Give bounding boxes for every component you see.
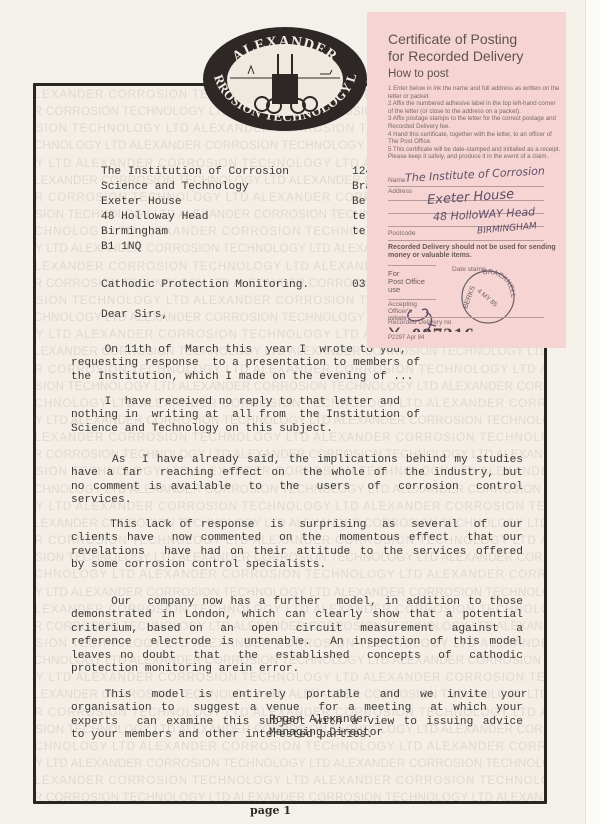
paragraph-line: I have received no reply to that letter …: [71, 396, 371, 409]
paragraph-line: requesting response to a presentation to…: [71, 357, 371, 370]
company-logo: ALEXANDER CORROSION TECHNOLOGY LTD: [200, 24, 370, 134]
certificate-of-posting: Certificate of Posting for Recorded Deli…: [367, 12, 566, 332]
paragraph-line: protection monitoring arein error.: [71, 663, 523, 676]
paragraph-line: nothing in writing at all from the Insti…: [71, 409, 371, 422]
postcode-label: Postcode: [388, 230, 416, 237]
paragraph-line: On 11th of March this year I wrote to yo…: [71, 344, 371, 357]
signature-block: Roger Alexander Managing Director: [269, 714, 383, 741]
page-edge: [585, 0, 600, 824]
recipient-address-line: B1 1NQ: [101, 241, 289, 256]
recipient-address-line: Science and Technology: [101, 181, 289, 196]
divider: [388, 186, 544, 187]
divider: [388, 240, 544, 241]
paragraph-line: services.: [71, 494, 523, 507]
letter-paragraph: This lack of response is surprising as s…: [71, 519, 523, 573]
divider: [388, 317, 544, 318]
handwritten-city: BIRMINGHAM: [477, 221, 538, 236]
certificate-footer: P2297 Apr 84: [367, 332, 566, 348]
paragraph-line: criterium, based on an open circuit meas…: [71, 623, 523, 636]
instruction-step: 4 Hand this certificate, together with t…: [388, 131, 562, 146]
recipient-address-line: 48 Holloway Head: [101, 211, 289, 226]
paragraph-line: Our company now has a further model, in …: [71, 596, 523, 609]
paragraph-line: the Institution, which I made on the eve…: [71, 371, 371, 384]
paragraph-line: This model is entirely portable and we i…: [71, 689, 523, 702]
letter-paragraph: Our company now has a further model, in …: [71, 596, 523, 676]
paragraph-line: leaves no doubt that the established con…: [71, 650, 523, 663]
signature-name: Roger Alexander: [269, 714, 383, 727]
svg-text:BERKS: BERKS: [462, 285, 477, 310]
salutation: Dear Sirs,: [101, 309, 168, 322]
instruction-step: 5 This certificate will be date-stamped …: [388, 146, 562, 161]
recipient-address-line: The Institution of Corrosion: [101, 166, 289, 181]
signature-title: Managing Director: [269, 727, 383, 740]
recipient-address-line: Birmingham: [101, 226, 289, 241]
paragraph-line: As I have already said, the implications…: [71, 454, 523, 467]
how-to-post-heading: How to post: [388, 68, 449, 80]
warning-text: Recorded Delivery should not be used for…: [388, 244, 558, 261]
paragraph-line: Science and Technology on this subject.: [71, 423, 371, 436]
posting-instructions: 1 Enter below in ink the name and full a…: [388, 85, 562, 161]
handwritten-address-1: Exeter House: [427, 187, 515, 208]
recipient-address-line: Exeter House: [101, 196, 289, 211]
form-code: P2297 Apr 84: [388, 335, 424, 341]
paragraph-line: by some corrosion control specialists.: [71, 559, 523, 572]
name-label: Name: [388, 177, 406, 184]
paragraph-line: reference electrode is untenable. An ins…: [71, 636, 523, 649]
handwritten-name: The Institute of Corrosion: [405, 164, 545, 184]
paragraph-line: clients have now commented on the moment…: [71, 532, 523, 545]
svg-text:4 MY 85: 4 MY 85: [476, 288, 499, 309]
instruction-step: 1 Enter below in ink the name and full a…: [388, 85, 562, 100]
paragraph-line: revelations have had on their attitude t…: [71, 546, 523, 559]
post-office-use-label: ForPost Officeuse: [388, 270, 425, 294]
instruction-step: 2 Affix the numbered adhesive label in t…: [388, 100, 562, 115]
certificate-title: Certificate of Posting for Recorded Deli…: [388, 31, 523, 65]
instruction-step: 3 Affix postage stamps to the letter for…: [388, 115, 562, 130]
letter-paragraph: As I have already said, the implications…: [71, 454, 523, 508]
address-label: Address: [388, 188, 412, 195]
post-office-use-line: use: [388, 286, 425, 294]
paragraph-line: no comment is available to the users of …: [71, 481, 523, 494]
letter-paragraph: On 11th of March this year I wrote to yo…: [71, 344, 371, 384]
divider: [388, 299, 436, 300]
letter-subject: Cathodic Protection Monitoring.: [101, 279, 309, 292]
divider: [388, 265, 436, 266]
handwritten-address-2: 48 HolloWAY Head: [433, 205, 536, 223]
page-number: page 1: [0, 804, 541, 817]
recipient-address: The Institution of CorrosionScience and …: [101, 166, 289, 256]
paragraph-line: This lack of response is surprising as s…: [71, 519, 523, 532]
letter-date: 03: [352, 279, 365, 292]
paragraph-line: have a far reaching effect on the whole …: [71, 467, 523, 480]
paragraph-line: demonstrated in London, which can clearl…: [71, 609, 523, 622]
letter-paragraph: I have received no reply to that letter …: [71, 396, 371, 436]
